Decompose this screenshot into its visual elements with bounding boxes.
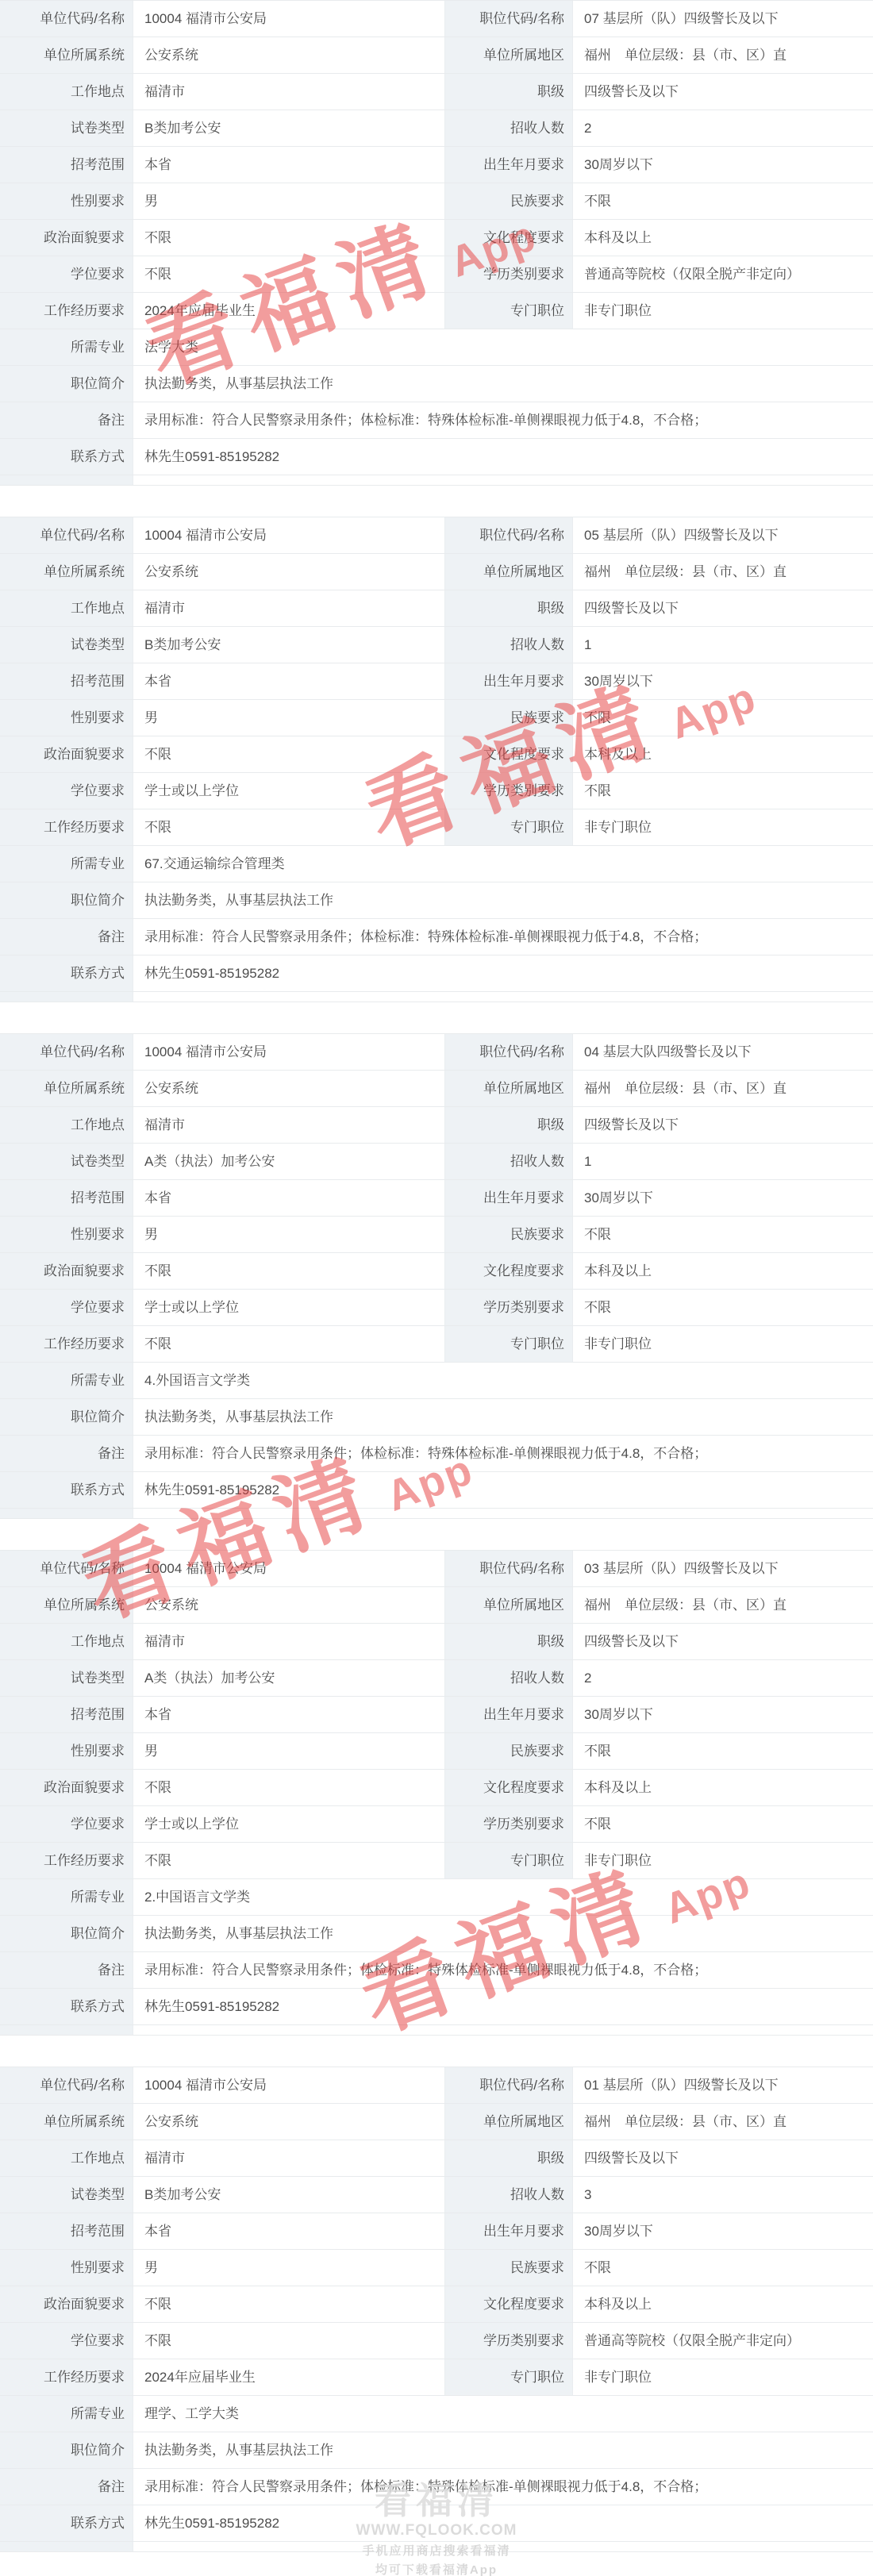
label-unit_code_name: 单位代码/名称 [0,2067,133,2103]
label-degree: 学位要求 [0,256,133,292]
table-row: 所需专业2.中国语言文学类 [0,1879,873,1916]
table-row: 职位简介执法勤务类，从事基层执法工作 [0,1916,873,1952]
value-note: 录用标准：符合人民警察录用条件；体检标准：特殊体检标准-单侧裸眼视力低于4.8，… [133,2469,873,2505]
label-political_status: 政治面貌要求 [0,1770,133,1805]
label-unit_system: 单位所属系统 [0,1071,133,1106]
table-row: 学位要求学士或以上学位学历类别要求不限 [0,773,873,809]
value-intro: 执法勤务类，从事基层执法工作 [133,366,873,402]
label-degree: 学位要求 [0,1290,133,1325]
value-special_position: 非专门职位 [573,293,873,329]
value-ethnicity: 不限 [573,2250,873,2286]
value-special_position: 非专门职位 [573,2359,873,2395]
table-row: 性别要求男民族要求不限 [0,700,873,736]
label-gender: 性别要求 [0,700,133,736]
label-position_code_name: 职位代码/名称 [444,1034,573,1070]
label-recruit_count: 招收人数 [444,1144,573,1179]
value-education_category: 不限 [573,1290,873,1325]
label-work_location: 工作地点 [0,2140,133,2176]
table-row: 政治面貌要求不限文化程度要求本科及以上 [0,2286,873,2323]
value-unit_system: 公安系统 [133,37,444,73]
label-education_category: 学历类别要求 [444,256,573,292]
value-major: 法学大类 [133,329,873,365]
value-unit_region: 福州 单位层级：县（市、区）直 [573,1071,873,1106]
label-note: 备注 [0,402,133,438]
value-gender: 男 [133,2250,444,2286]
table-row: 备注录用标准：符合人民警察录用条件；体检标准：特殊体检标准-单侧裸眼视力低于4.… [0,1952,873,1989]
value-note: 录用标准：符合人民警察录用条件；体检标准：特殊体检标准-单侧裸眼视力低于4.8，… [133,402,873,438]
value-unit_region: 福州 单位层级：县（市、区）直 [573,2104,873,2140]
label-ethnicity: 民族要求 [444,1733,573,1769]
label-gender: 性别要求 [0,1733,133,1769]
value-unit_system: 公安系统 [133,2104,444,2140]
label-work_experience: 工作经历要求 [0,809,133,845]
table-row-stub [0,2025,873,2036]
job-tables: 单位代码/名称10004 福清市公安局职位代码/名称07 基层所（队）四级警长及… [0,0,873,2552]
label-note: 备注 [0,1436,133,1471]
label-rank: 职级 [444,1107,573,1143]
value-position_code_name: 07 基层所（队）四级警长及以下 [573,1,873,37]
table-row: 职位简介执法勤务类，从事基层执法工作 [0,882,873,919]
label-unit_system: 单位所属系统 [0,554,133,590]
label-position_code_name: 职位代码/名称 [444,2067,573,2103]
value-rank: 四级警长及以下 [573,2140,873,2176]
value-education_level: 本科及以上 [573,220,873,256]
label-birth_requirement: 出生年月要求 [444,1697,573,1732]
table-row: 联系方式林先生0591-85195282 [0,955,873,992]
job-table: 单位代码/名称10004 福清市公安局职位代码/名称07 基层所（队）四级警长及… [0,0,873,486]
job-table: 单位代码/名称10004 福清市公安局职位代码/名称01 基层所（队）四级警长及… [0,2067,873,2552]
value-education_level: 本科及以上 [573,2286,873,2322]
label-ethnicity: 民族要求 [444,700,573,736]
value-birth_requirement: 30周岁以下 [573,1180,873,1216]
value-rank: 四级警长及以下 [573,1107,873,1143]
label-degree: 学位要求 [0,2323,133,2359]
label-work_location: 工作地点 [0,74,133,110]
label-gender: 性别要求 [0,183,133,219]
table-row: 备注录用标准：符合人民警察录用条件；体检标准：特殊体检标准-单侧裸眼视力低于4.… [0,2469,873,2505]
value-contact: 林先生0591-85195282 [133,439,873,475]
table-row: 单位代码/名称10004 福清市公安局职位代码/名称03 基层所（队）四级警长及… [0,1551,873,1587]
value-note: 录用标准：符合人民警察录用条件；体检标准：特殊体检标准-单侧裸眼视力低于4.8，… [133,1436,873,1471]
stub-label-cell [0,2025,133,2035]
label-birth_requirement: 出生年月要求 [444,1180,573,1216]
label-recruit_count: 招收人数 [444,2177,573,2213]
table-row: 备注录用标准：符合人民警察录用条件；体检标准：特殊体检标准-单侧裸眼视力低于4.… [0,1436,873,1472]
value-work_experience: 2024年应届毕业生 [133,293,444,329]
value-major: 理学、工学大类 [133,2396,873,2432]
label-birth_requirement: 出生年月要求 [444,663,573,699]
value-ethnicity: 不限 [573,1217,873,1252]
value-work_location: 福清市 [133,2140,444,2176]
value-unit_code_name: 10004 福清市公安局 [133,1,444,37]
value-unit_code_name: 10004 福清市公安局 [133,1034,444,1070]
label-education_category: 学历类别要求 [444,1290,573,1325]
table-row: 政治面貌要求不限文化程度要求本科及以上 [0,736,873,773]
stub-value-cell [133,992,873,1002]
table-row: 招考范围本省出生年月要求30周岁以下 [0,147,873,183]
value-contact: 林先生0591-85195282 [133,1472,873,1508]
value-degree: 学士或以上学位 [133,773,444,809]
label-education_category: 学历类别要求 [444,773,573,809]
table-row: 学位要求不限学历类别要求普通高等院校（仅限全脱产非定向） [0,256,873,293]
value-gender: 男 [133,183,444,219]
table-row: 职位简介执法勤务类，从事基层执法工作 [0,1399,873,1436]
table-row: 单位所属系统公安系统单位所属地区福州 单位层级：县（市、区）直 [0,37,873,74]
table-row: 政治面貌要求不限文化程度要求本科及以上 [0,1770,873,1806]
value-birth_requirement: 30周岁以下 [573,663,873,699]
value-unit_code_name: 10004 福清市公安局 [133,517,444,553]
value-work_experience: 不限 [133,809,444,845]
stub-value-cell [133,1509,873,1518]
label-gender: 性别要求 [0,1217,133,1252]
value-unit_region: 福州 单位层级：县（市、区）直 [573,1587,873,1623]
value-exam_type: B类加考公安 [133,627,444,663]
table-row: 招考范围本省出生年月要求30周岁以下 [0,1180,873,1217]
value-recruit_count: 1 [573,627,873,663]
table-row: 单位代码/名称10004 福清市公安局职位代码/名称05 基层所（队）四级警长及… [0,517,873,554]
value-education_category: 不限 [573,1806,873,1842]
table-row: 工作经历要求不限专门职位非专门职位 [0,1326,873,1363]
value-political_status: 不限 [133,1253,444,1289]
table-row: 单位所属系统公安系统单位所属地区福州 单位层级：县（市、区）直 [0,2104,873,2140]
value-ethnicity: 不限 [573,1733,873,1769]
label-unit_system: 单位所属系统 [0,37,133,73]
job-listings-page: 单位代码/名称10004 福清市公安局职位代码/名称07 基层所（队）四级警长及… [0,0,873,2576]
value-political_status: 不限 [133,736,444,772]
value-recruit_scope: 本省 [133,147,444,183]
label-work_experience: 工作经历要求 [0,2359,133,2395]
label-unit_region: 单位所属地区 [444,2104,573,2140]
value-education_level: 本科及以上 [573,1253,873,1289]
label-degree: 学位要求 [0,1806,133,1842]
table-row: 性别要求男民族要求不限 [0,183,873,220]
label-special_position: 专门职位 [444,1843,573,1878]
table-row: 备注录用标准：符合人民警察录用条件；体检标准：特殊体检标准-单侧裸眼视力低于4.… [0,919,873,955]
label-birth_requirement: 出生年月要求 [444,147,573,183]
job-table: 单位代码/名称10004 福清市公安局职位代码/名称05 基层所（队）四级警长及… [0,517,873,1002]
value-recruit_count: 1 [573,1144,873,1179]
value-contact: 林先生0591-85195282 [133,2505,873,2541]
value-degree: 不限 [133,256,444,292]
value-intro: 执法勤务类，从事基层执法工作 [133,1399,873,1435]
value-degree: 学士或以上学位 [133,1290,444,1325]
value-note: 录用标准：符合人民警察录用条件；体检标准：特殊体检标准-单侧裸眼视力低于4.8，… [133,1952,873,1988]
table-row: 政治面貌要求不限文化程度要求本科及以上 [0,1253,873,1290]
label-birth_requirement: 出生年月要求 [444,2213,573,2249]
job-table: 单位代码/名称10004 福清市公安局职位代码/名称04 基层大队四级警长及以下… [0,1033,873,1519]
label-rank: 职级 [444,74,573,110]
table-row: 学位要求学士或以上学位学历类别要求不限 [0,1290,873,1326]
value-work_location: 福清市 [133,590,444,626]
value-intro: 执法勤务类，从事基层执法工作 [133,882,873,918]
label-recruit_count: 招收人数 [444,110,573,146]
table-row: 所需专业理学、工学大类 [0,2396,873,2432]
table-row: 单位代码/名称10004 福清市公安局职位代码/名称04 基层大队四级警长及以下 [0,1034,873,1071]
value-major: 4.外国语言文学类 [133,1363,873,1398]
table-row: 联系方式林先生0591-85195282 [0,1472,873,1509]
label-degree: 学位要求 [0,773,133,809]
label-education_category: 学历类别要求 [444,2323,573,2359]
label-unit_code_name: 单位代码/名称 [0,1034,133,1070]
value-political_status: 不限 [133,2286,444,2322]
value-recruit_scope: 本省 [133,1180,444,1216]
label-education_category: 学历类别要求 [444,1806,573,1842]
label-contact: 联系方式 [0,2505,133,2541]
value-exam_type: B类加考公安 [133,2177,444,2213]
label-contact: 联系方式 [0,439,133,475]
stub-label-cell [0,1509,133,1518]
label-contact: 联系方式 [0,1989,133,2024]
label-ethnicity: 民族要求 [444,1217,573,1252]
value-education_category: 不限 [573,773,873,809]
stub-label-cell [0,992,133,1002]
value-contact: 林先生0591-85195282 [133,1989,873,2024]
value-special_position: 非专门职位 [573,809,873,845]
stub-value-cell [133,2025,873,2035]
label-education_level: 文化程度要求 [444,736,573,772]
value-work_location: 福清市 [133,74,444,110]
label-work_location: 工作地点 [0,1624,133,1659]
table-row: 联系方式林先生0591-85195282 [0,1989,873,2025]
value-ethnicity: 不限 [573,700,873,736]
stub-label-cell [0,2542,133,2551]
label-intro: 职位简介 [0,882,133,918]
value-education_category: 普通高等院校（仅限全脱产非定向） [573,256,873,292]
label-major: 所需专业 [0,2396,133,2432]
label-recruit_scope: 招考范围 [0,1697,133,1732]
table-row: 工作地点福清市职级四级警长及以下 [0,1107,873,1144]
label-work_experience: 工作经历要求 [0,1843,133,1878]
table-row: 学位要求学士或以上学位学历类别要求不限 [0,1806,873,1843]
value-gender: 男 [133,700,444,736]
table-row: 工作经历要求2024年应届毕业生专门职位非专门职位 [0,2359,873,2396]
label-rank: 职级 [444,590,573,626]
label-unit_code_name: 单位代码/名称 [0,517,133,553]
label-exam_type: 试卷类型 [0,110,133,146]
value-work_location: 福清市 [133,1624,444,1659]
stub-value-cell [133,2542,873,2551]
label-exam_type: 试卷类型 [0,2177,133,2213]
value-note: 录用标准：符合人民警察录用条件；体检标准：特殊体检标准-单侧裸眼视力低于4.8，… [133,919,873,955]
table-row: 职位简介执法勤务类，从事基层执法工作 [0,2432,873,2469]
value-unit_system: 公安系统 [133,554,444,590]
label-recruit_count: 招收人数 [444,1660,573,1696]
label-unit_system: 单位所属系统 [0,2104,133,2140]
table-row: 试卷类型B类加考公安招收人数1 [0,627,873,663]
table-row: 试卷类型B类加考公安招收人数2 [0,110,873,147]
label-recruit_scope: 招考范围 [0,1180,133,1216]
value-rank: 四级警长及以下 [573,1624,873,1659]
value-recruit_count: 2 [573,110,873,146]
label-education_level: 文化程度要求 [444,220,573,256]
label-unit_code_name: 单位代码/名称 [0,1,133,37]
table-row-stub [0,475,873,486]
table-row-stub [0,992,873,1002]
value-education_category: 普通高等院校（仅限全脱产非定向） [573,2323,873,2359]
table-row: 职位简介执法勤务类，从事基层执法工作 [0,366,873,402]
label-unit_region: 单位所属地区 [444,554,573,590]
label-special_position: 专门职位 [444,293,573,329]
table-row-stub [0,2542,873,2552]
job-table: 单位代码/名称10004 福清市公安局职位代码/名称03 基层所（队）四级警长及… [0,1550,873,2036]
label-position_code_name: 职位代码/名称 [444,1551,573,1586]
value-education_level: 本科及以上 [573,1770,873,1805]
label-recruit_scope: 招考范围 [0,2213,133,2249]
label-contact: 联系方式 [0,1472,133,1508]
label-special_position: 专门职位 [444,1326,573,1362]
label-exam_type: 试卷类型 [0,1660,133,1696]
label-exam_type: 试卷类型 [0,627,133,663]
table-row: 试卷类型A类（执法）加考公安招收人数1 [0,1144,873,1180]
table-row: 工作经历要求不限专门职位非专门职位 [0,1843,873,1879]
value-gender: 男 [133,1733,444,1769]
table-row: 性别要求男民族要求不限 [0,1733,873,1770]
label-note: 备注 [0,919,133,955]
value-contact: 林先生0591-85195282 [133,955,873,991]
label-work_location: 工作地点 [0,1107,133,1143]
label-education_level: 文化程度要求 [444,1253,573,1289]
value-rank: 四级警长及以下 [573,590,873,626]
label-unit_code_name: 单位代码/名称 [0,1551,133,1586]
table-row: 所需专业4.外国语言文学类 [0,1363,873,1399]
label-political_status: 政治面貌要求 [0,2286,133,2322]
table-row: 单位所属系统公安系统单位所属地区福州 单位层级：县（市、区）直 [0,1587,873,1624]
label-recruit_scope: 招考范围 [0,147,133,183]
value-intro: 执法勤务类，从事基层执法工作 [133,1916,873,1951]
table-row: 工作地点福清市职级四级警长及以下 [0,74,873,110]
table-row: 招考范围本省出生年月要求30周岁以下 [0,2213,873,2250]
value-degree: 不限 [133,2323,444,2359]
value-gender: 男 [133,1217,444,1252]
label-intro: 职位简介 [0,1916,133,1951]
value-exam_type: A类（执法）加考公安 [133,1660,444,1696]
table-row: 招考范围本省出生年月要求30周岁以下 [0,1697,873,1733]
label-intro: 职位简介 [0,366,133,402]
value-recruit_scope: 本省 [133,2213,444,2249]
table-row: 性别要求男民族要求不限 [0,2250,873,2286]
value-position_code_name: 05 基层所（队）四级警长及以下 [573,517,873,553]
value-position_code_name: 03 基层所（队）四级警长及以下 [573,1551,873,1586]
table-row: 学位要求不限学历类别要求普通高等院校（仅限全脱产非定向） [0,2323,873,2359]
label-unit_region: 单位所属地区 [444,37,573,73]
table-row: 所需专业法学大类 [0,329,873,366]
value-position_code_name: 01 基层所（队）四级警长及以下 [573,2067,873,2103]
table-row: 单位所属系统公安系统单位所属地区福州 单位层级：县（市、区）直 [0,1071,873,1107]
value-birth_requirement: 30周岁以下 [573,147,873,183]
table-row: 单位所属系统公安系统单位所属地区福州 单位层级：县（市、区）直 [0,554,873,590]
value-unit_region: 福州 单位层级：县（市、区）直 [573,554,873,590]
label-education_level: 文化程度要求 [444,2286,573,2322]
value-work_experience: 不限 [133,1326,444,1362]
stub-value-cell [133,475,873,485]
table-row: 工作地点福清市职级四级警长及以下 [0,590,873,627]
table-row: 工作地点福清市职级四级警长及以下 [0,1624,873,1660]
label-gender: 性别要求 [0,2250,133,2286]
label-ethnicity: 民族要求 [444,183,573,219]
value-political_status: 不限 [133,1770,444,1805]
value-birth_requirement: 30周岁以下 [573,2213,873,2249]
value-degree: 学士或以上学位 [133,1806,444,1842]
value-political_status: 不限 [133,220,444,256]
label-unit_region: 单位所属地区 [444,1587,573,1623]
table-row: 备注录用标准：符合人民警察录用条件；体检标准：特殊体检标准-单侧裸眼视力低于4.… [0,402,873,439]
label-major: 所需专业 [0,846,133,882]
label-special_position: 专门职位 [444,2359,573,2395]
value-special_position: 非专门职位 [573,1843,873,1878]
label-work_experience: 工作经历要求 [0,1326,133,1362]
table-row: 试卷类型B类加考公安招收人数3 [0,2177,873,2213]
value-major: 2.中国语言文学类 [133,1879,873,1915]
stub-label-cell [0,475,133,485]
value-work_location: 福清市 [133,1107,444,1143]
value-unit_system: 公安系统 [133,1587,444,1623]
value-position_code_name: 04 基层大队四级警长及以下 [573,1034,873,1070]
value-recruit_scope: 本省 [133,1697,444,1732]
label-unit_system: 单位所属系统 [0,1587,133,1623]
label-work_location: 工作地点 [0,590,133,626]
value-intro: 执法勤务类，从事基层执法工作 [133,2432,873,2468]
label-rank: 职级 [444,2140,573,2176]
label-political_status: 政治面貌要求 [0,220,133,256]
table-row: 招考范围本省出生年月要求30周岁以下 [0,663,873,700]
label-position_code_name: 职位代码/名称 [444,1,573,37]
value-special_position: 非专门职位 [573,1326,873,1362]
label-political_status: 政治面貌要求 [0,1253,133,1289]
value-major: 67.交通运输综合管理类 [133,846,873,882]
table-row: 政治面貌要求不限文化程度要求本科及以上 [0,220,873,256]
value-unit_region: 福州 单位层级：县（市、区）直 [573,37,873,73]
value-unit_code_name: 10004 福清市公安局 [133,2067,444,2103]
label-intro: 职位简介 [0,2432,133,2468]
label-contact: 联系方式 [0,955,133,991]
label-rank: 职级 [444,1624,573,1659]
watermark-download-line: 均可下载看福清App [0,2561,873,2576]
label-intro: 职位简介 [0,1399,133,1435]
value-work_experience: 2024年应届毕业生 [133,2359,444,2395]
value-exam_type: A类（执法）加考公安 [133,1144,444,1179]
table-row: 工作经历要求不限专门职位非专门职位 [0,809,873,846]
table-row: 工作地点福清市职级四级警长及以下 [0,2140,873,2177]
label-education_level: 文化程度要求 [444,1770,573,1805]
label-major: 所需专业 [0,329,133,365]
table-row: 所需专业67.交通运输综合管理类 [0,846,873,882]
value-unit_code_name: 10004 福清市公安局 [133,1551,444,1586]
label-major: 所需专业 [0,1363,133,1398]
label-exam_type: 试卷类型 [0,1144,133,1179]
label-special_position: 专门职位 [444,809,573,845]
label-position_code_name: 职位代码/名称 [444,517,573,553]
table-row: 单位代码/名称10004 福清市公安局职位代码/名称01 基层所（队）四级警长及… [0,2067,873,2104]
label-political_status: 政治面貌要求 [0,736,133,772]
value-work_experience: 不限 [133,1843,444,1878]
label-ethnicity: 民族要求 [444,2250,573,2286]
table-row: 联系方式林先生0591-85195282 [0,2505,873,2542]
value-unit_system: 公安系统 [133,1071,444,1106]
label-work_experience: 工作经历要求 [0,293,133,329]
table-row: 工作经历要求2024年应届毕业生专门职位非专门职位 [0,293,873,329]
label-note: 备注 [0,1952,133,1988]
label-note: 备注 [0,2469,133,2505]
value-birth_requirement: 30周岁以下 [573,1697,873,1732]
value-recruit_count: 2 [573,1660,873,1696]
table-row: 性别要求男民族要求不限 [0,1217,873,1253]
value-exam_type: B类加考公安 [133,110,444,146]
value-education_level: 本科及以上 [573,736,873,772]
label-recruit_scope: 招考范围 [0,663,133,699]
label-major: 所需专业 [0,1879,133,1915]
table-row: 单位代码/名称10004 福清市公安局职位代码/名称07 基层所（队）四级警长及… [0,1,873,37]
value-rank: 四级警长及以下 [573,74,873,110]
